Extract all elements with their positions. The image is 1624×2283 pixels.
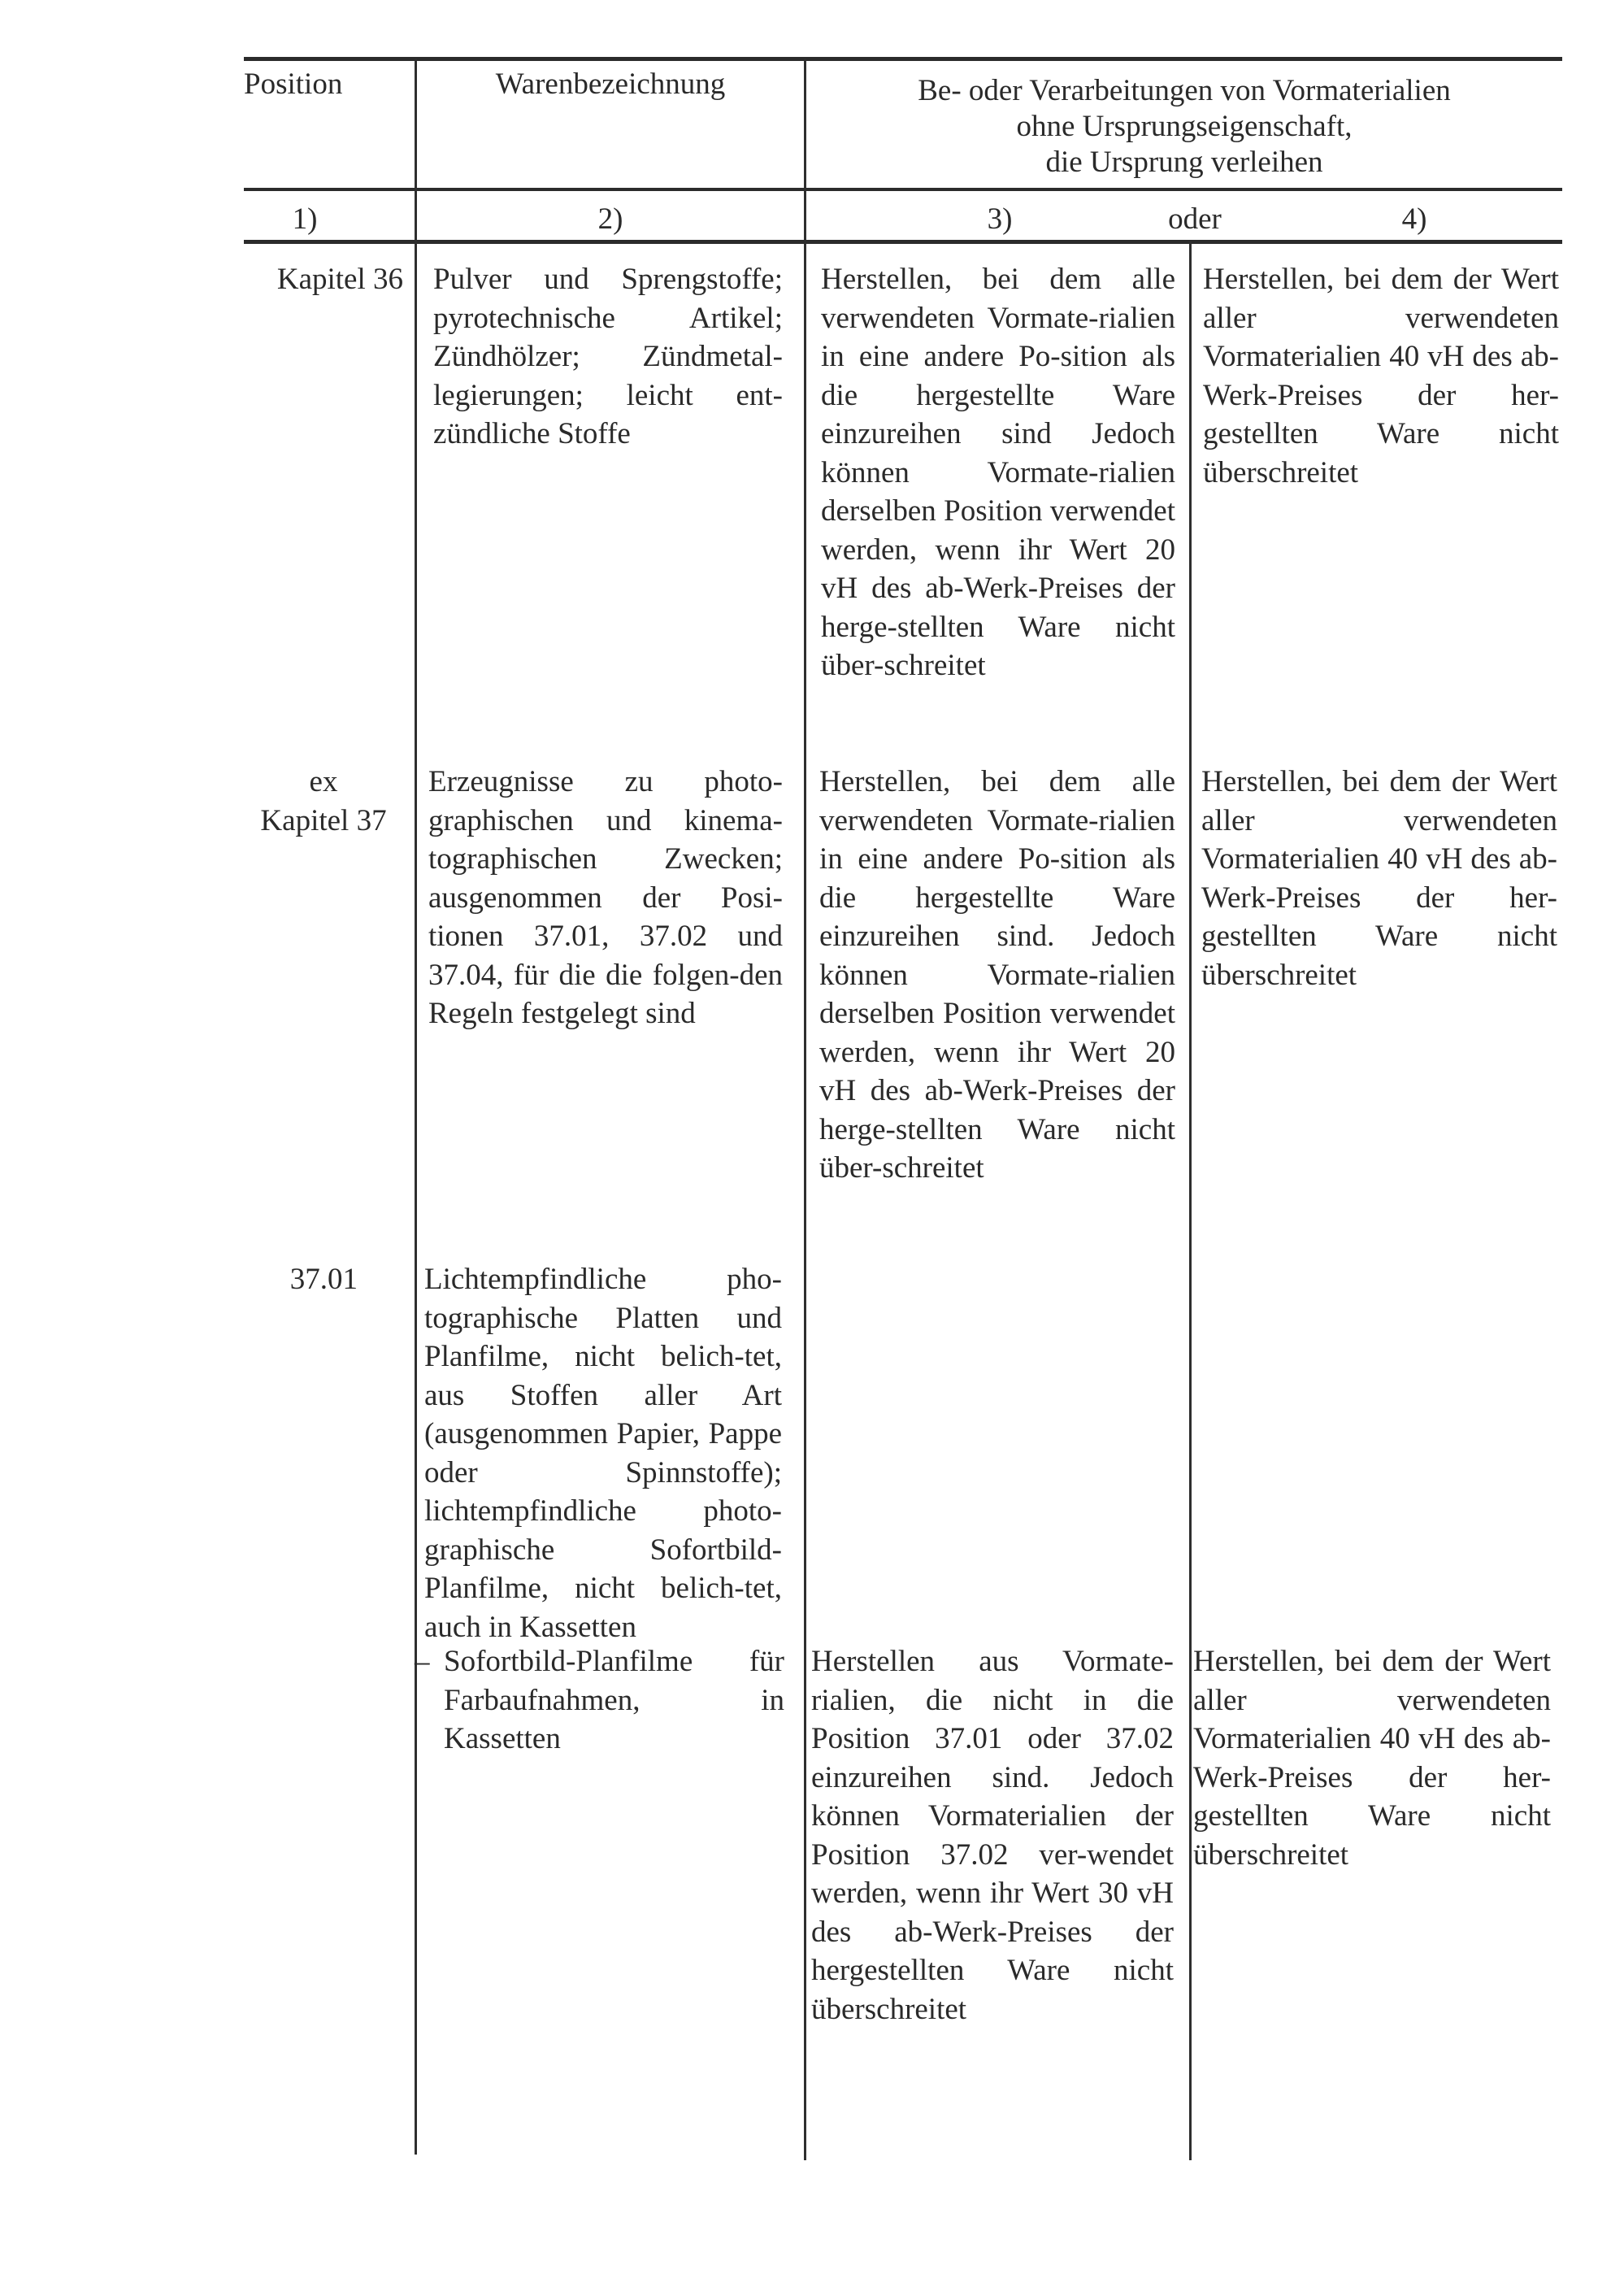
row1-rule-col3: Herstellen, bei dem alle verwendeten Vor… [821,260,1175,685]
number-separator-oder: oder [1138,202,1252,237]
number-col2: 2) [417,202,804,237]
row2-rule-col4: Herstellen, bei dem der Wert aller verwe… [1201,763,1557,994]
row3-description: Lichtempfindliche pho-tographische Platt… [424,1260,782,1646]
row2-description: Erzeugnisse zu photo-graphischen und kin… [428,763,783,1033]
document-page: Position Warenbezeichnung Be- oder Verar… [0,0,1624,2283]
header-bottom-rule [244,188,1562,191]
row4-dash: – [415,1642,430,1681]
divider-col1-col2 [415,59,417,2155]
row4-rule-col4: Herstellen, bei dem der Wert aller verwe… [1193,1642,1551,1874]
row4-subitem: – Sofortbild-Planfilme für Farbaufnahmen… [415,1642,784,1759]
header-verarbeitungen: Be- oder Verarbeitungen von Vormateriali… [806,73,1562,180]
row1-position: Kapitel 36 [244,260,403,299]
divider-col2-col3 [804,59,806,2160]
row1-rule-col4: Herstellen, bei dem der Wert aller verwe… [1203,260,1559,492]
divider-col3-col4 [1189,241,1192,2160]
number-col3: 3) [935,202,1065,237]
header-warenbezeichnung: Warenbezeichnung [417,67,804,102]
table-top-rule [244,57,1562,61]
row1-description: Pulver und Sprengstoffe; pyrotechnische … [433,260,783,454]
numbering-bottom-rule [244,240,1562,244]
row4-rule-col3: Herstellen aus Vormate-rialien, die nich… [811,1642,1174,2029]
row2-rule-col3: Herstellen, bei dem alle verwendeten Vor… [819,763,1175,1188]
row4-description: Sofortbild-Planfilme für Farbaufnahmen, … [444,1642,784,1759]
header-position: Position [244,67,366,102]
row3-position: 37.01 [244,1260,358,1299]
number-col1: 1) [244,202,366,237]
number-col4: 4) [1349,202,1479,237]
row2-position: ex Kapitel 37 [244,763,403,840]
